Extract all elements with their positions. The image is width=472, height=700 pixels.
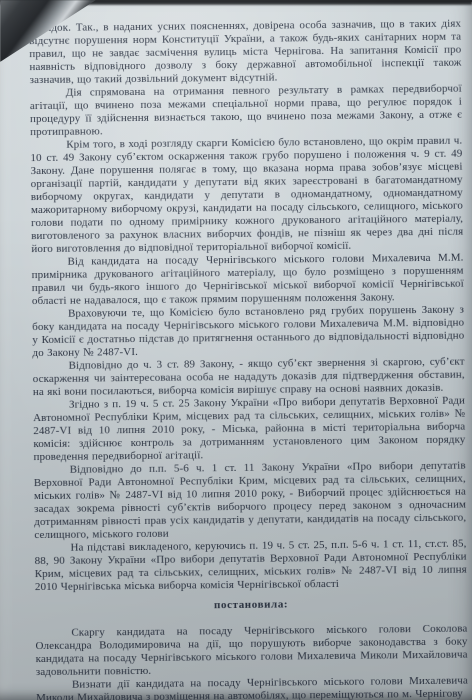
paragraph: Відповідно до п.п. 5-6 ч. 1 ст. 11 Закон… [34, 460, 467, 543]
paragraph: Відповідно до ч. 3 ст. 89 Закону, - якщо… [33, 356, 465, 400]
paragraph: Крім того, в ході розгляду скарги Комісі… [30, 135, 463, 257]
paragraph: На підставі викладеного, керуючись п. 19… [34, 538, 467, 595]
paragraph: Згідно з п. 19 ч. 5 ст. 25 Закону Україн… [33, 395, 466, 465]
paragraph: Від кандидата на посаду Чернігівського м… [31, 252, 464, 309]
resolution-paragraphs: Скаргу кандидата на посаду Чернігівськог… [35, 623, 468, 700]
body-paragraphs: порядок. Так., в наданих усних пояснення… [29, 18, 467, 594]
paragraph: Скаргу кандидата на посаду Чернігівськог… [35, 623, 468, 680]
paragraph: Враховуючи те, що Комісією було встановл… [32, 304, 465, 361]
paragraph: Дія спрямована на отримання певного резу… [30, 83, 463, 140]
paragraph: Визнати дії кандидата на посаду Чернігів… [36, 675, 468, 700]
document-photo: порядок. Так., в наданих усних пояснення… [0, 0, 472, 700]
document-body: порядок. Так., в наданих усних пояснення… [0, 17, 472, 700]
resolution-heading: постановила: [35, 597, 467, 615]
paragraph: порядок. Так., в наданих усних пояснення… [29, 18, 462, 88]
